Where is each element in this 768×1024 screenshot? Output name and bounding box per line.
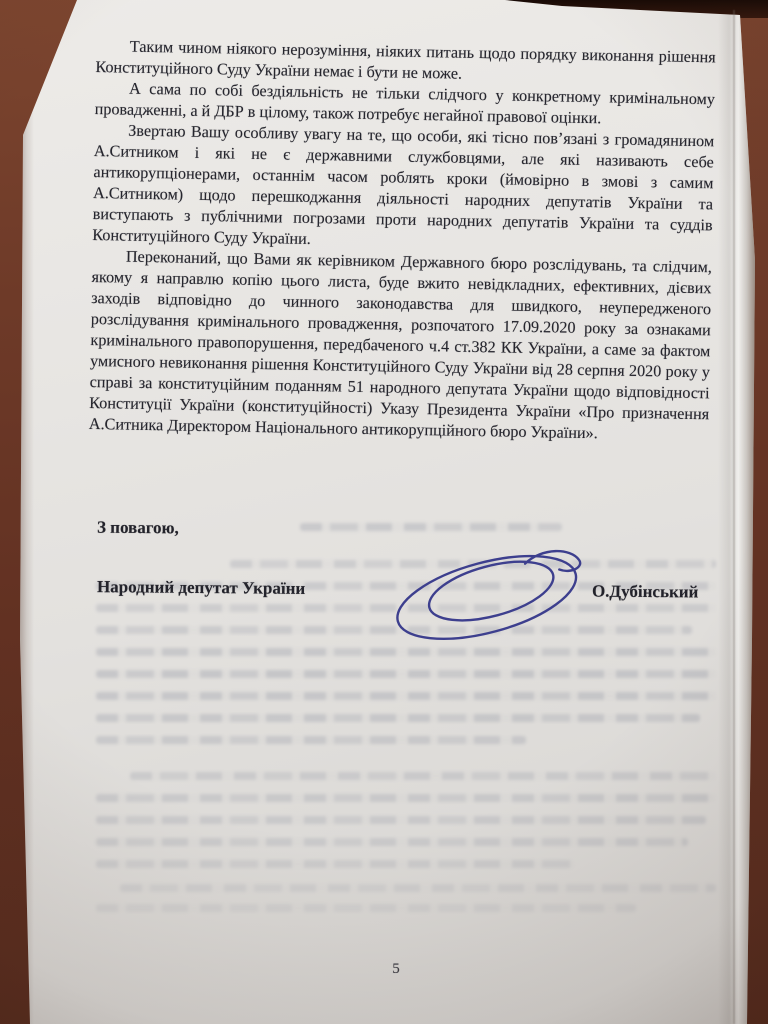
letter-body: Таким чином ніякого нерозуміння, ніяких … — [89, 36, 716, 446]
handwritten-signature-icon — [384, 533, 592, 648]
bleedthrough-line — [96, 860, 574, 868]
body-paragraph-4: Переконаний, що Вами як керівником Держа… — [89, 246, 712, 446]
bleedthrough-line — [130, 772, 716, 780]
bleedthrough-line — [96, 904, 636, 912]
bleedthrough-line — [300, 523, 562, 531]
page-number: 5 — [368, 961, 424, 978]
bleedthrough-line — [96, 736, 526, 744]
photo-of-letter-page: Таким чином ніякого нерозуміння, ніяких … — [0, 0, 768, 1024]
bleedthrough-line — [96, 648, 716, 656]
bleedthrough-line — [96, 794, 716, 802]
bleedthrough-line — [96, 670, 716, 678]
bleedthrough-line — [96, 838, 688, 846]
signer-title: Народний депутат України — [97, 577, 305, 599]
bleedthrough-line — [120, 884, 716, 892]
body-paragraph-3: Звертаю Вашу особливу увагу на те, що ос… — [92, 120, 714, 257]
bleedthrough-line — [96, 714, 700, 722]
closing-salutation: З повагою, — [97, 518, 179, 539]
bleedthrough-line — [96, 816, 706, 824]
signer-name: О.Дубінський — [592, 582, 699, 603]
bleedthrough-line — [96, 692, 716, 700]
